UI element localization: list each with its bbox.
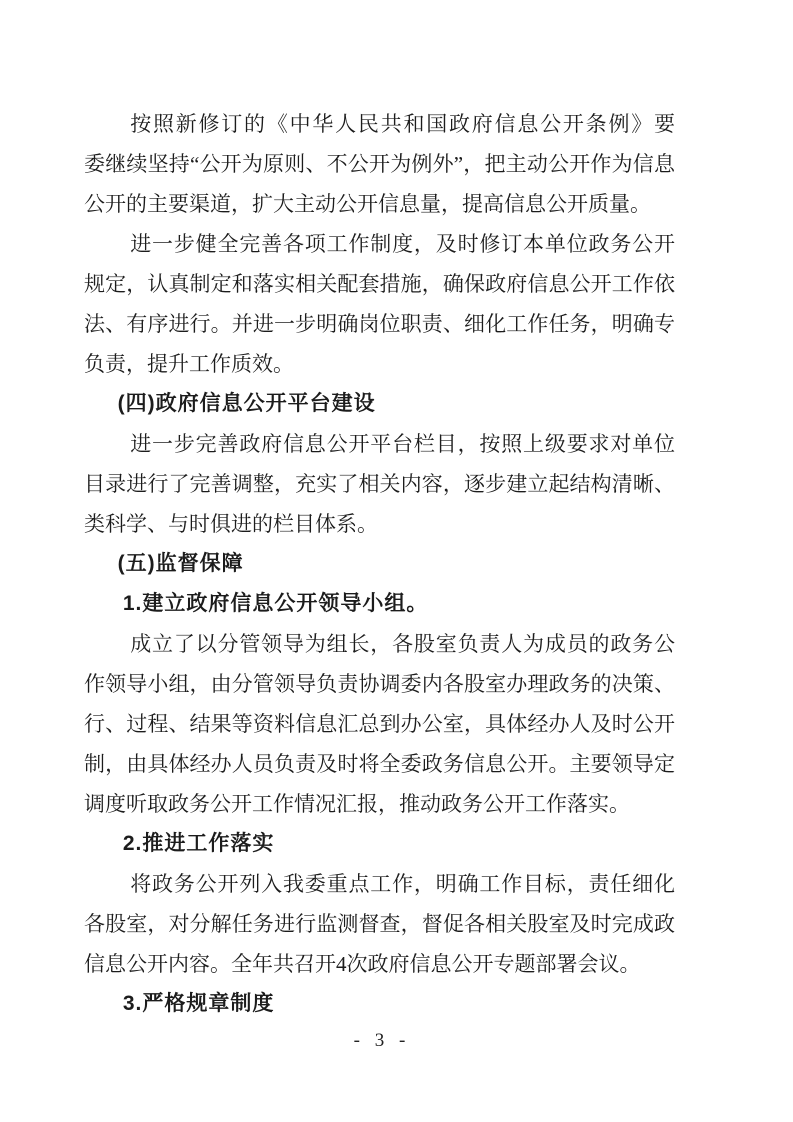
document-page: 按照新修订的《中华人民共和国政府信息公开条例》要求，我委继续坚持“公开为原则、不… [0, 0, 793, 1122]
text-line: 制，由具体经办人员负责及时将全委政务信息公开。主要领导定期 [84, 744, 675, 784]
text-line: 调度听取政务公开工作情况汇报，推动政务公开工作落实。 [84, 784, 675, 824]
text-line: 委继续坚持“公开为原则、不公开为例外”，把主动公开作为信息 [84, 144, 675, 184]
heading-line: 2.推进工作落实 [84, 824, 675, 864]
text-line: 成立了以分管领导为组长，各股室负责人为成员的政务公开工 [84, 624, 675, 664]
heading-line: (四)政府信息公开平台建设 [84, 384, 675, 424]
text-line: 法、有序进行。并进一步明确岗位职责、细化工作任务，明确专人 [84, 304, 675, 344]
text-line: 规定，认真制定和落实相关配套措施，确保政府信息公开工作依 [84, 264, 675, 304]
text-line: 各股室，对分解任务进行监测督查，督促各相关股室及时完成政府 [84, 904, 675, 944]
text-line: 信息公开内容。全年共召开4次政府信息公开专题部署会议。 [84, 944, 675, 984]
heading-line: (五)监督保障 [84, 544, 675, 584]
text-line: 按照新修订的《中华人民共和国政府信息公开条例》要求，我 [84, 104, 675, 144]
heading-line: 3.严格规章制度 [84, 984, 675, 1024]
document-body: 按照新修订的《中华人民共和国政府信息公开条例》要求，我委继续坚持“公开为原则、不… [84, 104, 675, 1024]
page-number: - 3 - [84, 1030, 675, 1052]
heading-line: 1.建立政府信息公开领导小组。 [84, 584, 675, 624]
text-line: 负责，提升工作质效。 [84, 344, 675, 384]
text-line: 进一步健全完善各项工作制度，及时修订本单位政务公开工作 [84, 224, 675, 264]
text-line: 行、过程、结果等资料信息汇总到办公室，具体经办人及时公开 [84, 704, 675, 744]
text-line: 进一步完善政府信息公开平台栏目，按照上级要求对单位公开 [84, 424, 675, 464]
text-line: 公开的主要渠道，扩大主动公开信息量，提高信息公开质量。 [84, 184, 675, 224]
text-line: 将政务公开列入我委重点工作，明确工作目标，责任细化到 [84, 864, 675, 904]
text-line: 作领导小组，由分管领导负责协调委内各股室办理政务的决策、执 [84, 664, 675, 704]
text-line: 目录进行了完善调整，充实了相关内容，逐步建立起结构清晰、分 [84, 464, 675, 504]
text-line: 类科学、与时俱进的栏目体系。 [84, 504, 675, 544]
